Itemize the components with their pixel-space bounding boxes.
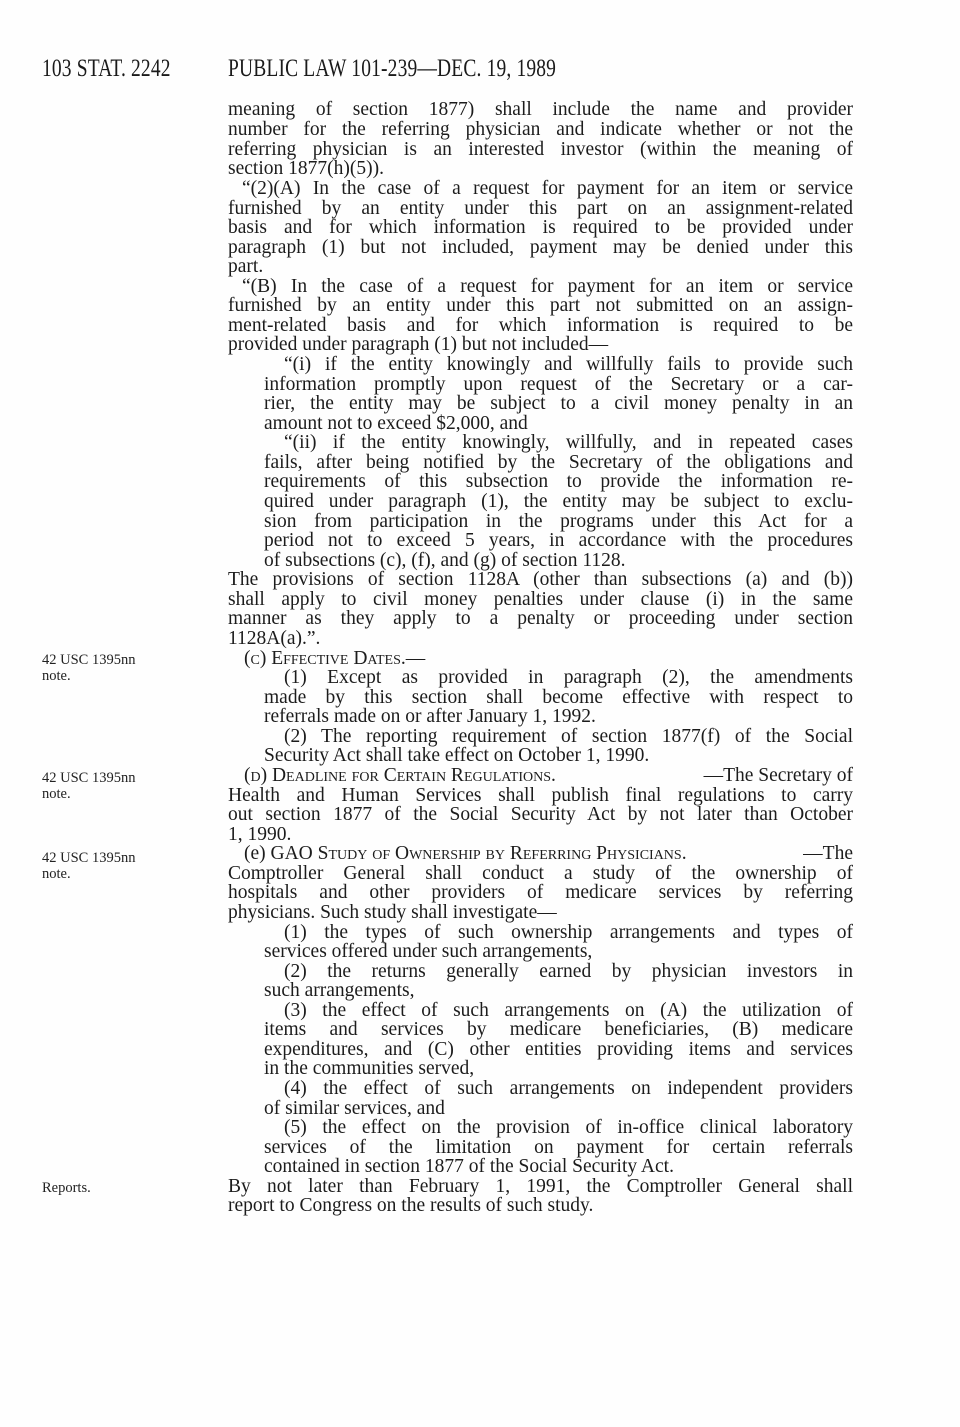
text-line: furnished by an entity under this part n…: [228, 296, 853, 316]
text-line: meaning of section 1877) shall include t…: [228, 100, 853, 120]
text-line: quired under paragraph (1), the entity m…: [264, 492, 853, 512]
text-line: ment-related basis and for which informa…: [228, 316, 853, 336]
text-line: (3) the effect of such arrangements on (…: [284, 1001, 853, 1021]
text-line: number for the referring physician and i…: [228, 120, 853, 140]
text-line: Comptroller General shall conduct a stud…: [228, 864, 853, 884]
section-heading-prefix: (e) GAO: [244, 844, 318, 864]
text-line: items and services by medicare beneficia…: [264, 1020, 853, 1040]
text-line: in the communities served,: [264, 1059, 474, 1079]
text-line: The provisions of section 1128A (other t…: [228, 570, 853, 590]
text-line: shall apply to civil money penalties und…: [228, 590, 853, 610]
text-line: “(2)(A) In the case of a request for pay…: [242, 179, 853, 199]
section-heading-label: (d) Deadline for Certain Regulations.: [244, 766, 556, 786]
margin-note-usc-e: 42 USC 1395nn note.: [42, 850, 135, 882]
text-line: of subsections (c), (f), and (g) of sect…: [264, 551, 626, 571]
text-line: requirements of this subsection to provi…: [264, 472, 853, 492]
margin-note-line: 42 USC 1395nn: [42, 652, 135, 668]
text-line: 1, 1990.: [228, 825, 291, 845]
text-line: rier, the entity may be subject to a civ…: [264, 394, 853, 414]
text-line: (2) the returns generally earned by phys…: [284, 962, 853, 982]
section-heading-label: Study of Ownership by Referring Physicia…: [318, 844, 804, 864]
margin-note-usc-d: 42 USC 1395nn note.: [42, 770, 135, 802]
text-line: Health and Human Services shall publish …: [228, 786, 853, 806]
text-line: out section 1877 of the Social Security …: [228, 805, 853, 825]
text-line: sion from participation in the programs …: [264, 512, 853, 532]
document-page: 103 STAT. 2242 PUBLIC LAW 101-239—DEC. 1…: [0, 0, 960, 1427]
margin-note-line: note.: [42, 786, 135, 802]
text-line: (5) the effect on the provision of in-of…: [284, 1118, 853, 1138]
text-line: such arrangements,: [264, 981, 415, 1001]
text-line: hospitals and other providers of medicar…: [228, 883, 853, 903]
text-line: period not to exceed 5 years, in accorda…: [264, 531, 853, 551]
text-line: information promptly upon request of the…: [264, 375, 853, 395]
margin-note-line: note.: [42, 668, 135, 684]
text-line: (1) Except as provided in paragraph (2),…: [284, 668, 853, 688]
margin-note-line: note.: [42, 866, 135, 882]
text-line: expenditures, and (C) other entities pro…: [264, 1040, 853, 1060]
page-reference: 103 STAT. 2242: [42, 55, 171, 83]
text-line: made by this section shall become effect…: [264, 688, 853, 708]
text-line: section 1877(h)(5)).: [228, 159, 384, 179]
margin-note-reports: Reports.: [42, 1180, 91, 1196]
text-line: By not later than February 1, 1991, the …: [228, 1177, 853, 1197]
text-line: Security Act shall take effect on Octobe…: [264, 746, 649, 766]
text-line: referrals made on or after January 1, 19…: [264, 707, 596, 727]
section-heading-gao-study: (e) GAO Study of Ownership by Referring …: [244, 844, 853, 864]
text-line: physicians. Such study shall investigate…: [228, 903, 557, 923]
text-line: contained in section 1877 of the Social …: [264, 1157, 674, 1177]
text-line: “(B) In the case of a request for paymen…: [242, 277, 853, 297]
text-line: 1128A(a).”.: [228, 629, 320, 649]
text-line: basis and for which information is requi…: [228, 218, 853, 238]
text-line: services offered under such arrangements…: [264, 942, 592, 962]
text-line: provided under paragraph (1) but not inc…: [228, 335, 608, 355]
text-line: fails, after being notified by the Secre…: [264, 453, 853, 473]
text-line: “(ii) if the entity knowingly, willfully…: [284, 433, 853, 453]
text-line: (1) the types of such ownership arrangem…: [284, 923, 853, 943]
text-line: amount not to exceed $2,000, and: [264, 414, 528, 434]
text-line: services of the limitation on payment fo…: [264, 1138, 853, 1158]
text-line: of similar services, and: [264, 1099, 445, 1119]
text-line: report to Congress on the results of suc…: [228, 1196, 593, 1216]
margin-note-line: 42 USC 1395nn: [42, 770, 135, 786]
margin-note-line: Reports.: [42, 1180, 91, 1196]
text-line: (2) The reporting requirement of section…: [284, 727, 853, 747]
text-line: (4) the effect of such arrangements on i…: [284, 1079, 853, 1099]
margin-note-usc-c: 42 USC 1395nn note.: [42, 652, 135, 684]
text-line: manner as they apply to a penalty or pro…: [228, 609, 853, 629]
text-line: paragraph (1) but not included, payment …: [228, 238, 853, 258]
text-line: “(i) if the entity knowingly and willful…: [284, 355, 853, 375]
section-heading-tail: —The: [803, 844, 853, 864]
margin-note-line: 42 USC 1395nn: [42, 850, 135, 866]
text-line: referring physician is an interested inv…: [228, 140, 853, 160]
text-line: part.: [228, 257, 263, 277]
section-heading-effective-dates: (c) Effective Dates.—: [244, 649, 425, 669]
page-title: PUBLIC LAW 101-239—DEC. 19, 1989: [228, 55, 556, 83]
text-line: furnished by an entity under this part o…: [228, 199, 853, 219]
section-heading-deadline: (d) Deadline for Certain Regulations. —T…: [244, 766, 853, 786]
section-heading-tail: —The Secretary of: [704, 766, 853, 786]
